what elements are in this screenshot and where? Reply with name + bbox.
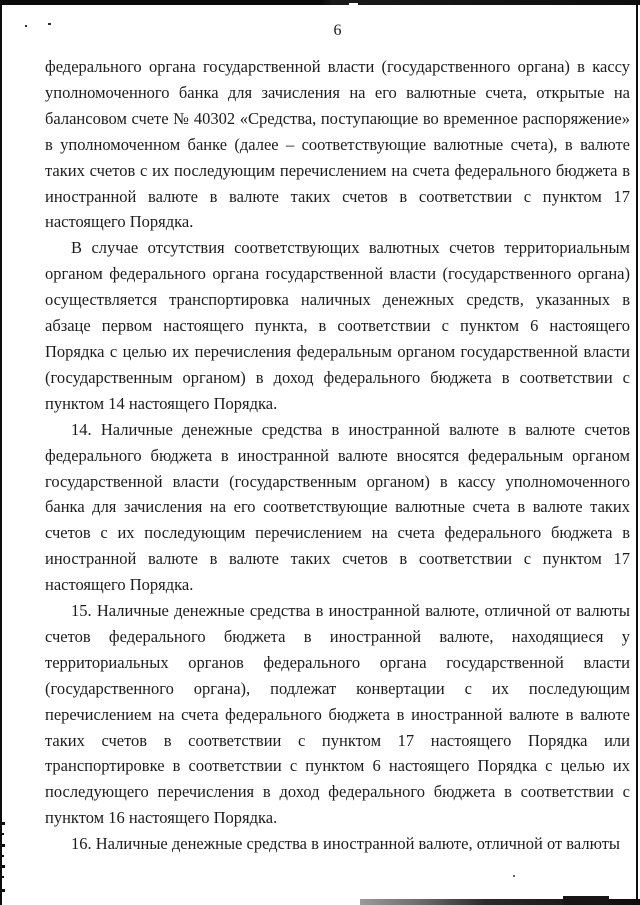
scan-speck: [513, 875, 515, 877]
document-page: { "page": { "number": "6" }, "document":…: [0, 0, 640, 905]
scan-speck: [25, 25, 27, 27]
paragraph-item-15: 15. Наличные денежные средства в иностра…: [45, 598, 630, 831]
scan-edge-tick: [0, 833, 4, 835]
paragraph-item-16: 16. Наличные денежные средства в иностра…: [45, 831, 630, 857]
scan-edge-tick: [0, 855, 4, 857]
scan-edge-tick: [0, 889, 5, 892]
scan-edge-tick: [0, 844, 5, 847]
scan-right-border-line: [636, 0, 638, 905]
scan-edge-tick: [0, 822, 5, 825]
scan-edge-tick: [0, 865, 5, 868]
scan-top-bar: [0, 0, 640, 5]
scan-bottom-bar-block: [563, 896, 609, 905]
scan-left-border-line: [0, 0, 2, 905]
paragraph-continuation: федерального органа государственной влас…: [45, 54, 630, 235]
paragraph-transport-case: В случае отсутствия соответствующих валю…: [45, 235, 630, 416]
page-number: 6: [45, 22, 630, 40]
document-body-text: федерального органа государственной влас…: [45, 54, 630, 857]
scan-top-bar-notch: [349, 3, 358, 5]
paragraph-item-14: 14. Наличные денежные средства в иностра…: [45, 417, 630, 598]
scan-edge-tick: [0, 876, 4, 878]
